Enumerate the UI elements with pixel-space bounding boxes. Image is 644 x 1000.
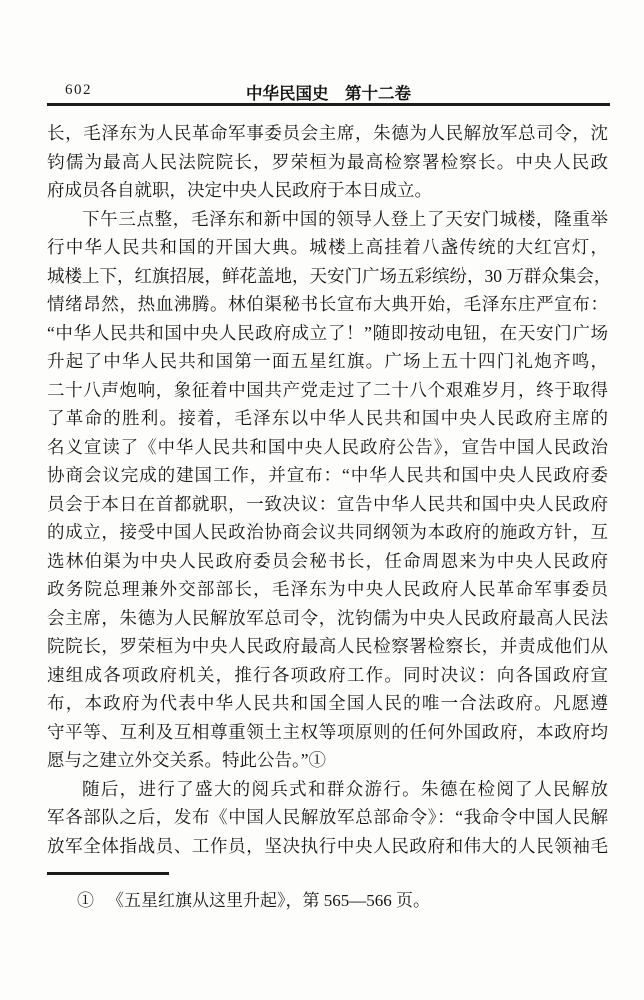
footnote: ① 《五星红旗从这里升起》，第 565—566 页。 bbox=[77, 889, 608, 913]
body-text: 长，毛泽东为人民革命军事委员会主席，朱德为人民解放军总司令，沈 钧儒为最高人民法… bbox=[47, 119, 608, 860]
text-line: 名义宣读了《中华人民共和国中央人民政府公告》，宣告中国人民政治 bbox=[47, 433, 608, 462]
text-line: 政务院总理兼外交部部长，毛泽东为中央人民政府人民革命军事委员 bbox=[47, 575, 608, 604]
text-line: 下午三点整，毛泽东和新中国的领导人登上了天安门城楼，隆重举 bbox=[47, 205, 608, 234]
text-line: 院院长，罗荣桓为中央人民政府最高人民检察署检察长，并责成他们从 bbox=[47, 632, 608, 661]
text-line: 协商会议完成的建国工作，并宣布：“中华人民共和国中央人民政府委 bbox=[47, 461, 608, 490]
book-page: 602 中华民国史 第十二卷 长，毛泽东为人民革命军事委员会主席，朱德为人民解放… bbox=[0, 0, 644, 1000]
footnote-text: 《五星红旗从这里升起》，第 565—566 页。 bbox=[107, 889, 430, 913]
text-line: 守平等、互利及互相尊重领土主权等项原则的任何外国政府，本政府均 bbox=[47, 718, 608, 747]
text-line: 选林伯渠为中央人民政府委员会秘书长，任命周恩来为中央人民政府 bbox=[47, 547, 608, 576]
text-line: 城楼上下，红旗招展，鲜花盖地，天安门广场五彩缤纷，30 万群众集会， bbox=[47, 262, 608, 291]
text-line: 钧儒为最高人民法院院长，罗荣桓为最高检察署检察长。中央人民政 bbox=[47, 148, 608, 177]
text-line: 二十八声炮响，象征着中国共产党走过了二十八个艰难岁月，终于取得 bbox=[47, 376, 608, 405]
footnote-marker: ① bbox=[77, 889, 94, 913]
text-line: 府成员各自就职，决定中央人民政府于本日成立。 bbox=[47, 176, 608, 205]
text-line: 长，毛泽东为人民革命军事委员会主席，朱德为人民解放军总司令，沈 bbox=[47, 119, 608, 148]
footnote-rule bbox=[47, 872, 169, 875]
text-line: 布，本政府为代表中华人民共和国全国人民的唯一合法政府。凡愿遵 bbox=[47, 689, 608, 718]
text-line: 行中华人民共和国的开国大典。城楼上高挂着八盏传统的大红宫灯， bbox=[47, 233, 608, 262]
text-line: “中华人民共和国中央人民政府成立了！”随即按动电钮，在天安门广场 bbox=[47, 319, 608, 348]
text-line: 军各部队之后，发布《中国人民解放军总部命令》：“我命令中国人民解 bbox=[47, 803, 608, 832]
text-line: 升起了中华人民共和国第一面五星红旗。广场上五十四门礼炮齐鸣， bbox=[47, 347, 608, 376]
text-line: 放军全体指战员、工作员，坚决执行中央人民政府和伟大的人民领袖毛 bbox=[47, 832, 608, 861]
text-line: 了革命的胜利。接着，毛泽东以中华人民共和国中央人民政府主席的 bbox=[47, 404, 608, 433]
running-title: 中华民国史 第十二卷 bbox=[47, 80, 610, 104]
text-line: 的成立，接受中国人民政治协商会议共同纲领为本政府的施政方针，互 bbox=[47, 518, 608, 547]
text-line: 会主席，朱德为人民解放军总司令，沈钧儒为中央人民政府最高人民法 bbox=[47, 604, 608, 633]
text-line: 愿与之建立外交关系。特此公告。”① bbox=[47, 746, 608, 775]
text-line: 员会于本日在首都就职，一致决议：宣告中华人民共和国中央人民政府 bbox=[47, 490, 608, 519]
header-rule bbox=[47, 103, 610, 106]
text-line: 随后，进行了盛大的阅兵式和群众游行。朱德在检阅了人民解放 bbox=[47, 775, 608, 804]
text-line: 速组成各项政府机关，推行各项政府工作。同时决议：向各国政府宣 bbox=[47, 661, 608, 690]
text-line: 情绪昂然，热血沸腾。林伯渠秘书长宣布大典开始，毛泽东庄严宣布： bbox=[47, 290, 608, 319]
